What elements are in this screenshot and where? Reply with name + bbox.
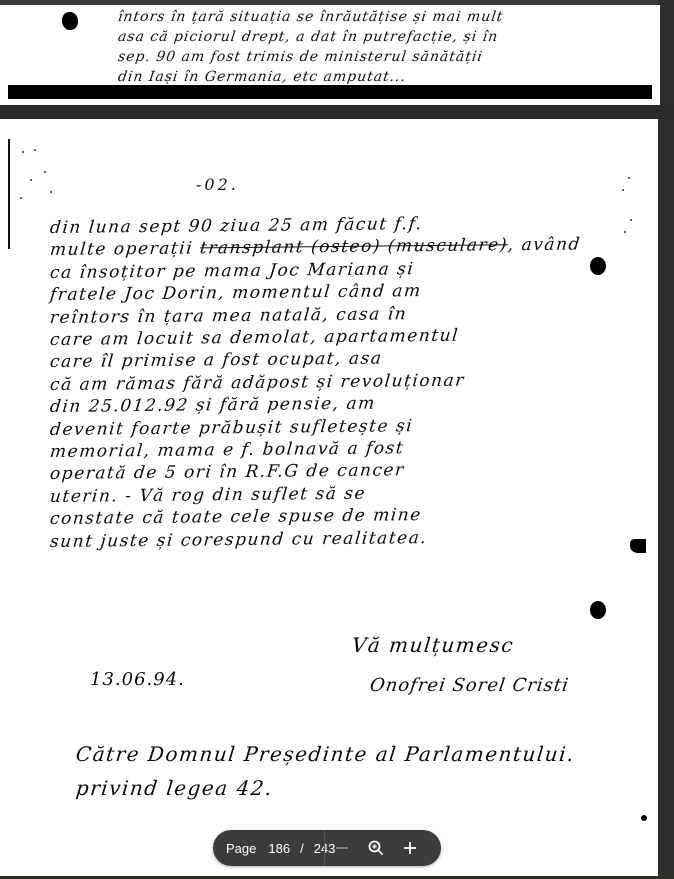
adjacent-page-edge [658,0,674,879]
previous-page-text: întors în țară situația se înrăutățise ș… [118,7,658,87]
zoom-out-button[interactable] [325,830,359,866]
page-indicator: Page 186 / 243 [213,841,324,856]
letter-date: 13.06.94. [90,669,185,690]
page-gap [0,105,674,119]
scan-edge-line [8,139,10,249]
page-separator: / [300,841,304,856]
zoom-fit-button[interactable] [359,830,393,866]
scan-blot [630,539,646,553]
hole-punch-mark [590,601,606,619]
page-label: Page [226,841,256,856]
plus-icon [402,840,418,856]
previous-page: întors în țară situația se înrăutățise ș… [0,5,660,105]
page-marker: -02. [196,175,239,194]
scan-blot [641,815,647,821]
letter-body: din luna sept 90 ziua 25 am făcut f.f. m… [50,217,630,553]
closing-phrase: Vă mulțumesc [351,633,516,657]
addressee-line: privind legea 42. [74,771,577,805]
handwritten-line: din Iași în Germania, etc amputat... [117,67,660,87]
addressee: Către Domnul Președinte al Parlamentului… [76,737,575,805]
addressee-line: Către Domnul Președinte al Parlamentului… [74,737,577,771]
page-toolbar: Page 186 / 243 [213,830,441,866]
document-viewer[interactable]: întors în țară situația se înrăutățise ș… [0,0,674,879]
scan-black-band [8,85,652,99]
current-page: -02. din luna sept 90 ziua 25 am făcut f… [0,119,658,876]
scan-blot [62,12,78,30]
zoom-in-button[interactable] [393,830,427,866]
current-page-input[interactable]: 186 [268,841,290,856]
minus-icon [334,840,350,856]
hole-punch-mark [590,257,606,275]
handwritten-line: sep. 90 am fost trimis de ministerul săn… [117,47,660,67]
handwritten-line: asa că piciorul drept, a dat în putrefac… [117,27,660,47]
signature: Onofrei Sorel Cristi [369,675,571,696]
handwritten-line: întors în țară situația se înrăutățise ș… [117,7,660,27]
zoom-magnifier-icon [367,839,385,857]
struck-text: transplant (osteo) (musculare) [199,236,509,259]
